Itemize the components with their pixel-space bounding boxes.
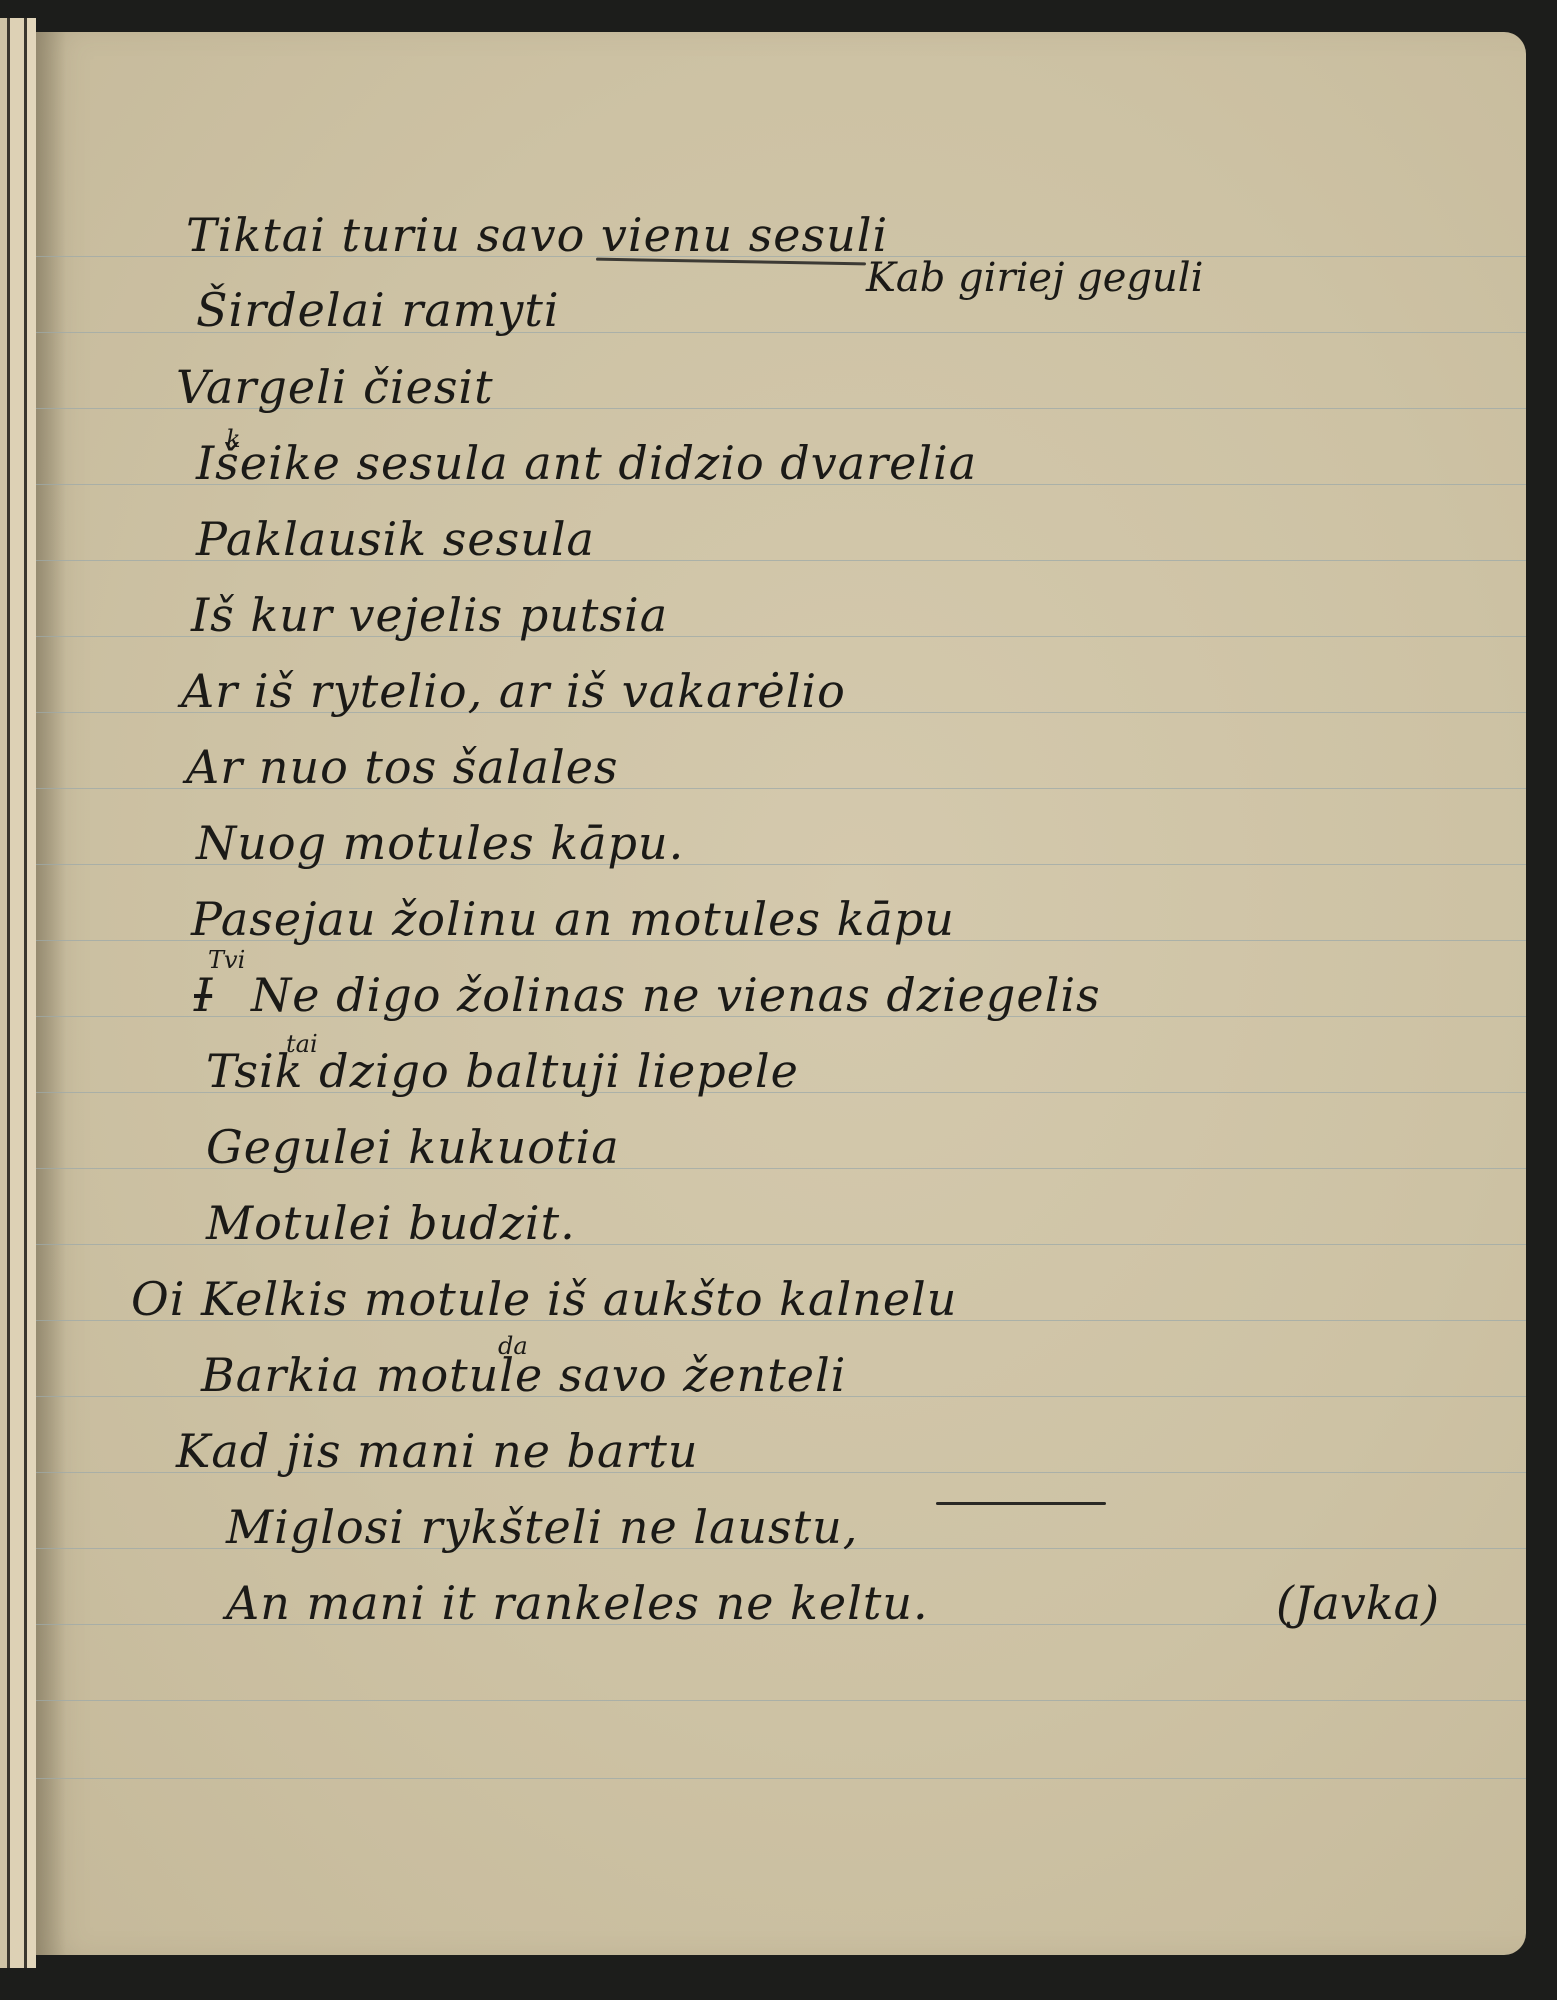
song-line-3: Vargeli čiesit (176, 364, 494, 410)
song-line-18: Miglosi rykšteli ne laustu, (226, 1504, 858, 1550)
song-line-9: Nuog motules kāpu. (196, 820, 684, 866)
song-line-8: Ar nuo tos šalales (186, 744, 619, 790)
song-line-11: Ne digo žolinas ne vienas dziegelis (251, 972, 1101, 1018)
gutter-shadow (36, 32, 66, 1955)
song-line-19: An mani it rankeles ne keltu. (226, 1580, 929, 1626)
song-line-2: Širdelai ramyti (196, 287, 560, 333)
overline-stroke (936, 1502, 1106, 1505)
page-edge (0, 18, 7, 1968)
notebook-page: Tiktai turiu savo vienu sesuli Kab girie… (36, 32, 1526, 1955)
song-line-15: Oi Kelkis motule iš aukšto kalnelu (131, 1276, 957, 1322)
song-line-10: Pasejau žolinu an motules kāpu (191, 896, 955, 942)
song-line-16: Barkia motule savo ženteli (201, 1352, 846, 1398)
attribution: (Javka) (1276, 1580, 1439, 1626)
song-line-17: Kad jis mani ne bartu (176, 1428, 699, 1474)
page-edge (27, 18, 36, 1968)
song-line-5: Paklausik sesula (196, 516, 595, 562)
page-edge (10, 18, 24, 1968)
margin-insertion: Kab giriej geguli (866, 258, 1203, 298)
song-line-13: Gegulei kukuotia (206, 1124, 620, 1170)
song-line-1: Tiktai turiu savo vienu sesuli (186, 212, 888, 258)
song-line-14: Motulei budzit. (206, 1200, 576, 1246)
struck-letter: I (194, 972, 212, 1018)
song-line-12: Tsik dzigo baltuji liepele (206, 1048, 799, 1094)
song-line-4: Išeike sesula ant didzio dvarelia (196, 440, 977, 486)
song-line-7: Ar iš rytelio, ar iš vakarėlio (181, 668, 846, 714)
ruled-line (36, 1778, 1526, 1779)
ruled-line (36, 1700, 1526, 1701)
song-line-6: Iš kur vejelis putsia (191, 592, 668, 638)
superscript-insertion: Tvi (208, 948, 245, 972)
